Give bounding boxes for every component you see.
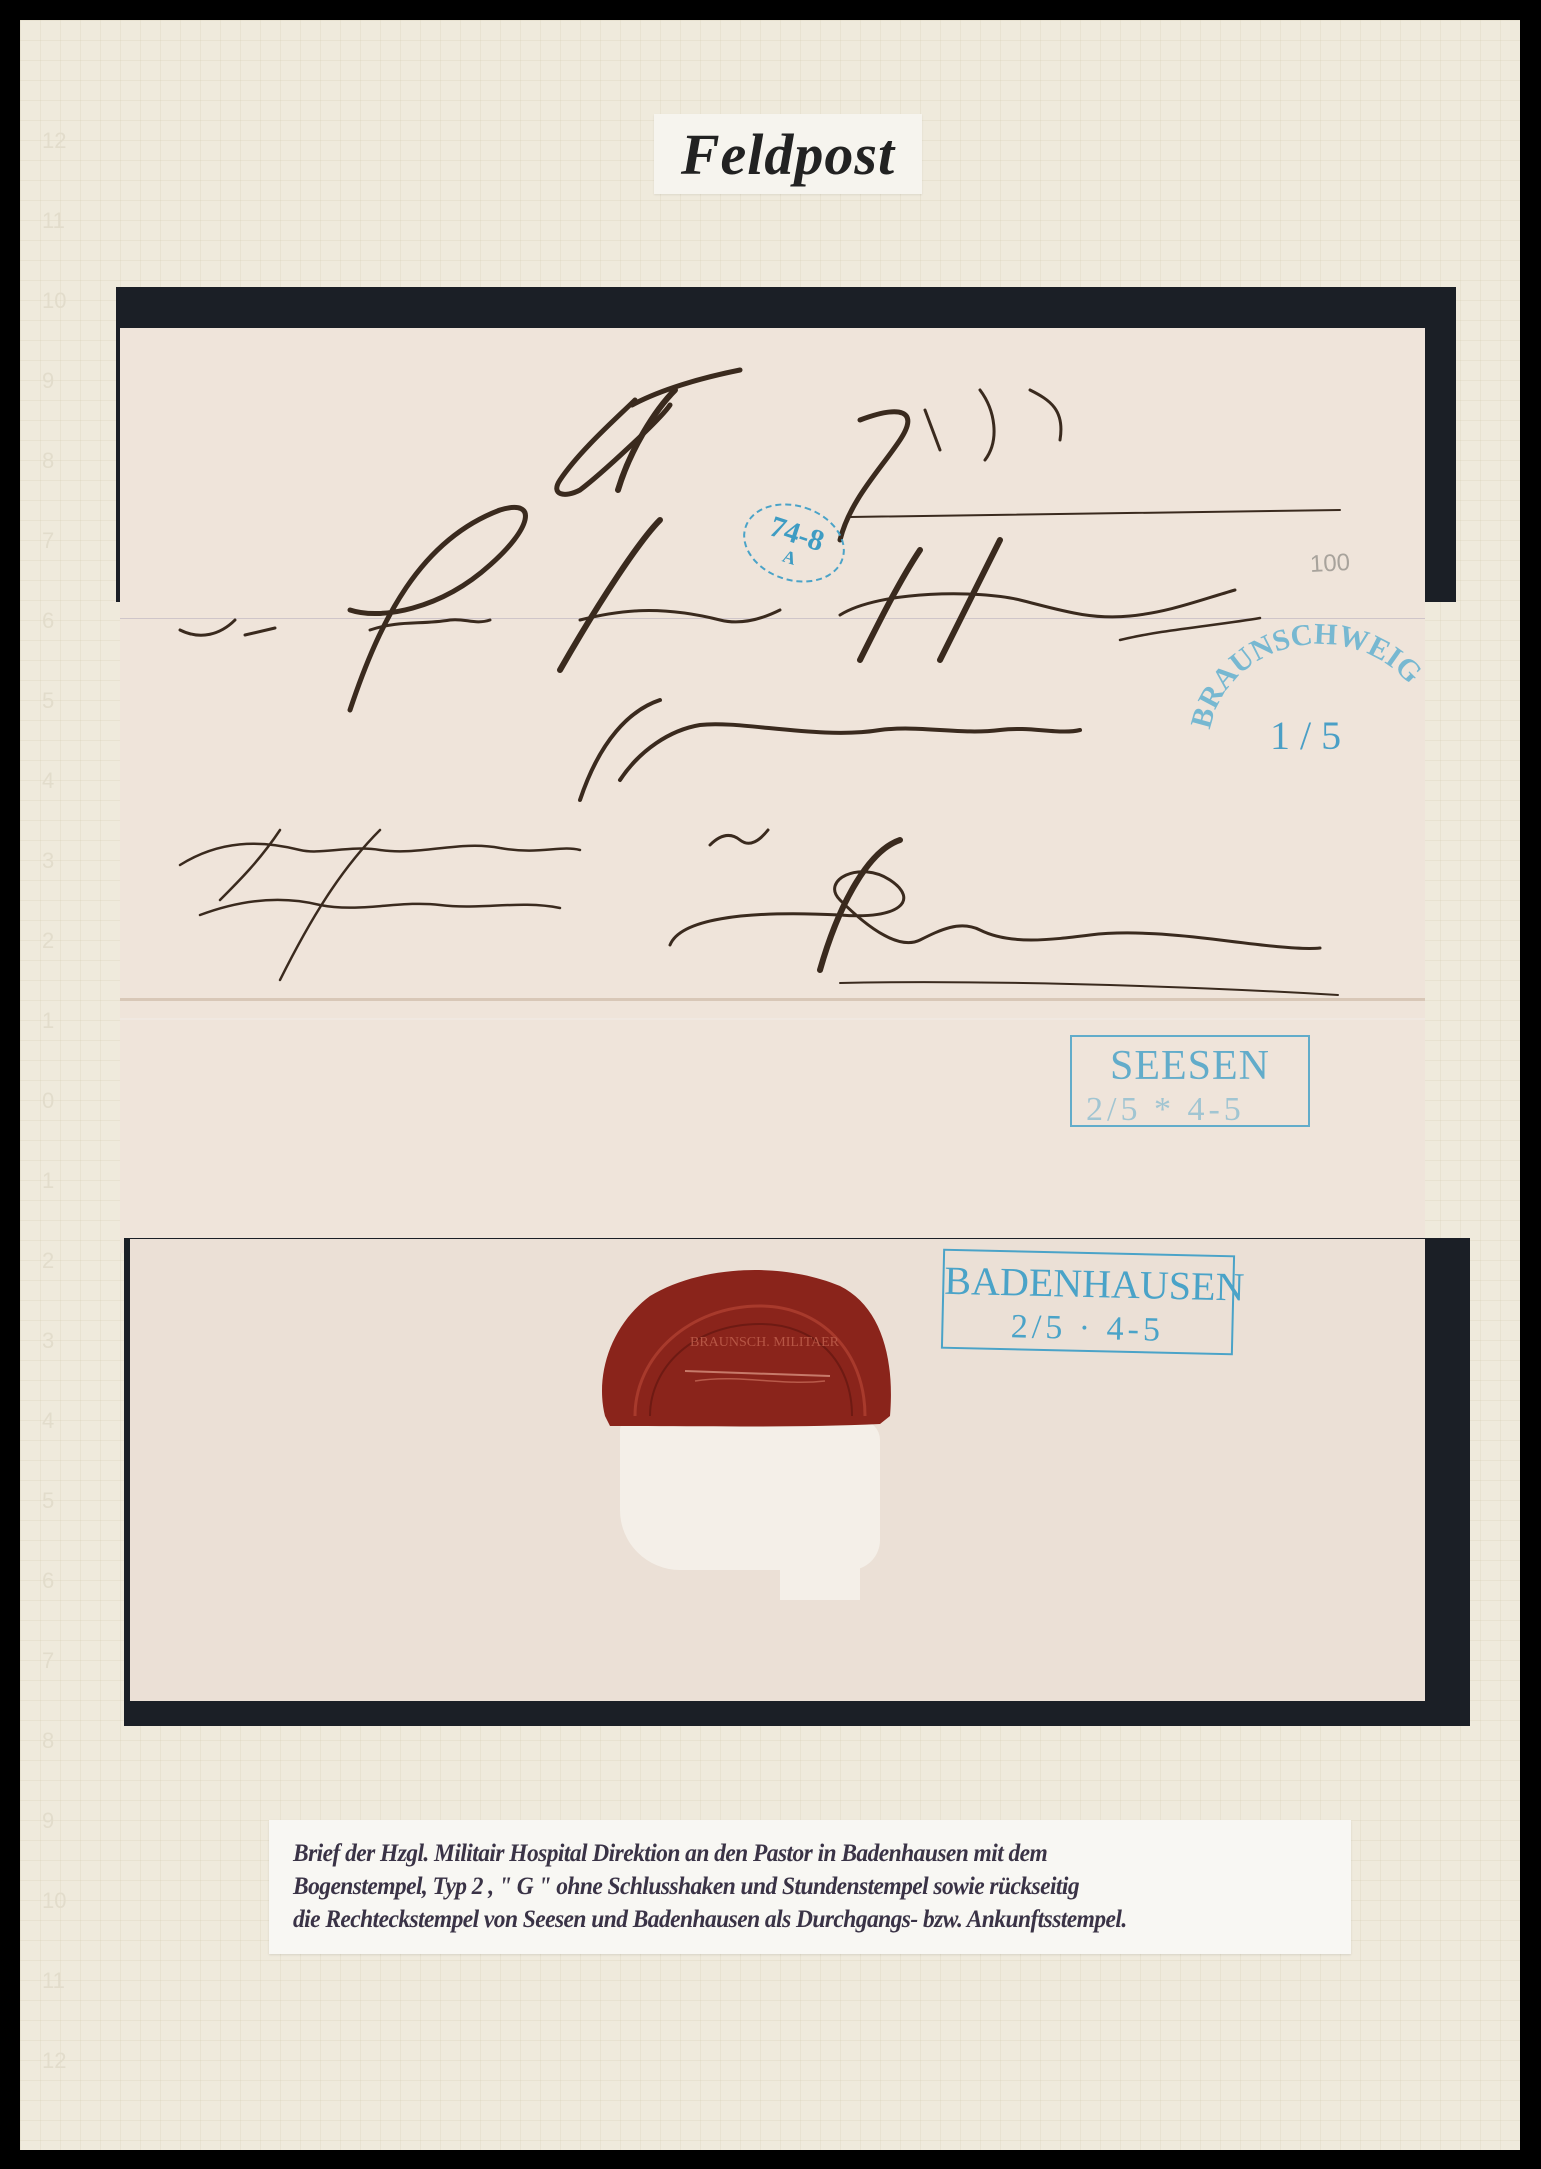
scale-number: 4: [42, 1408, 54, 1434]
scale-number: 12: [42, 2048, 66, 2074]
wax-seal: BRAUNSCH. MILITAER: [590, 1256, 910, 1456]
arc-stamp: BRAUNSCHWEIG 1/5: [1180, 620, 1440, 820]
badenhausen-stamp-date: 2/5 · 4-5: [943, 1309, 1232, 1350]
caption-label: Brief der Hzgl. Militair Hospital Direkt…: [269, 1820, 1351, 1954]
badenhausen-stamp-name: BADENHAUSEN: [944, 1261, 1233, 1308]
seesen-stamp-name: SEESEN: [1072, 1045, 1308, 1087]
album-page: 1211109876543210123456789101112 Feldpost: [20, 20, 1520, 2150]
caption-line: die Rechteckstempel von Seesen und Baden…: [293, 1902, 1266, 1935]
badenhausen-stamp: BADENHAUSEN 2/5 · 4-5: [941, 1249, 1235, 1356]
caption-line: Brief der Hzgl. Militair Hospital Direkt…: [293, 1836, 1266, 1869]
seesen-stamp: SEESEN 2/5 * 4-5: [1070, 1035, 1310, 1127]
scale-number: 8: [42, 1728, 54, 1754]
scale-number: 9: [42, 1808, 54, 1834]
scale-number: 10: [42, 1888, 66, 1914]
seal-legend: BRAUNSCH. MILITAER: [690, 1335, 840, 1350]
scale-number: 11: [42, 1968, 65, 1994]
pencil-note: 100: [1309, 549, 1350, 579]
caption-line: Bogenstempel, Typ 2 , " G " ohne Schluss…: [293, 1869, 1266, 1902]
scale-number: 5: [42, 1488, 54, 1514]
scale-number: 3: [42, 1328, 54, 1354]
scale-number: 7: [42, 1648, 54, 1674]
seesen-stamp-date: 2/5 * 4-5: [1072, 1093, 1308, 1127]
arc-stamp-date: 1/5: [1270, 712, 1351, 759]
scale-number: 6: [42, 1568, 54, 1594]
paper-residue: [780, 1520, 860, 1600]
